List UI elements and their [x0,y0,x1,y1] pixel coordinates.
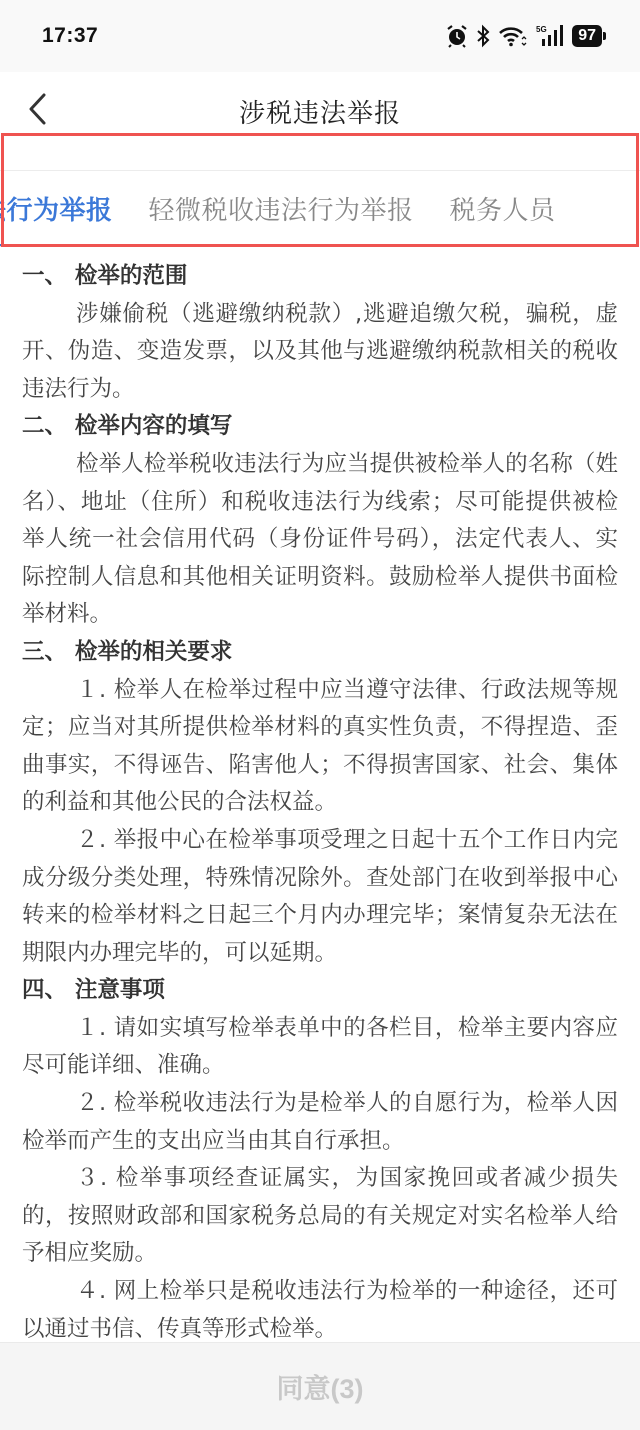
bottom-action-bar: 同意(3) [0,1342,640,1430]
section-content-filling: 二、 检举内容的填写 检举人检举税收违法行为应当提供被检举人的名称（姓名）、地址… [22,408,618,634]
paragraph: １. 检举人在检举过程中应当遵守法律、行政法规等规定；应当对其所提供检举材料的真… [22,672,618,822]
svg-text:5G: 5G [536,25,547,34]
bluetooth-icon [476,24,490,48]
tab-scroll-track [0,246,455,247]
tab-tax-personnel[interactable]: 税务人员 [450,190,556,227]
5g-signal-icon: 5G [536,24,564,48]
paragraph: 涉嫌偷税（逃避缴纳税款）,逃避追缴欠税，骗税，虚开、伪造、变造发票，以及其他与逃… [22,296,618,409]
section-requirements: 三、 检举的相关要求 １. 检举人在检举过程中应当遵守法律、行政法规等规定；应当… [22,634,618,972]
paragraph: ４. 网上检举只是税收违法行为检举的一种途径，还可以通过书信、传真等形式检举。 [22,1273,618,1348]
status-icons: 5G 97 [446,24,602,48]
paragraph: ２. 检举税收违法行为是检举人的自愿行为，检举人因检举而产生的支出应当由其自行承… [22,1085,618,1160]
paragraph: ２. 举报中心在检举事项受理之日起十五个工作日内完成分级分类处理，特殊情况除外。… [22,822,618,972]
tab-bar[interactable]: 法行为举报 轻微税收违法行为举报 税务人员 [0,150,640,250]
status-time: 17:37 [42,24,98,48]
chevron-left-icon [27,92,47,130]
section-notes: 四、 注意事项 １. 请如实填写检举表单中的各栏目，检举主要内容应尽可能详细、准… [22,972,618,1348]
battery-icon: 97 [572,25,602,47]
wifi-icon [498,25,528,47]
back-button[interactable] [22,91,52,131]
tab-list: 法行为举报 轻微税收违法行为举报 税务人员 [0,190,592,227]
paragraph: １. 请如实填写检举表单中的各栏目，检举主要内容应尽可能详细、准确。 [22,1010,618,1085]
paragraph: ３. 检举事项经查证属实，为国家挽回或者减少损失的，按照财政部和国家税务总局的有… [22,1160,618,1273]
agree-button[interactable]: 同意(3) [277,1367,364,1406]
tab-minor-tax-violation-report[interactable]: 轻微税收违法行为举报 [149,190,414,227]
section-heading: 四、 注意事项 [22,972,618,1010]
section-heading: 一、 检举的范围 [22,258,618,296]
alarm-icon [446,24,468,48]
tab-bar-top-divider [0,170,640,171]
nav-bar: 涉税违法举报 [0,72,640,150]
report-instructions: 一、 检举的范围 涉嫌偷税（逃避缴纳税款）,逃避追缴欠税，骗税，虚开、伪造、变造… [0,250,640,1348]
tab-tax-violation-report[interactable]: 法行为举报 [0,190,113,227]
section-heading: 二、 检举内容的填写 [22,408,618,446]
section-heading: 三、 检举的相关要求 [22,634,618,672]
page-title: 涉税违法举报 [239,93,401,130]
paragraph: 检举人检举税收违法行为应当提供被检举人的名称（姓名）、地址（住所）和税收违法行为… [22,446,618,634]
status-bar: 17:37 5G 97 [0,0,640,72]
section-scope: 一、 检举的范围 涉嫌偷税（逃避缴纳税款）,逃避追缴欠税，骗税，虚开、伪造、变造… [22,258,618,408]
